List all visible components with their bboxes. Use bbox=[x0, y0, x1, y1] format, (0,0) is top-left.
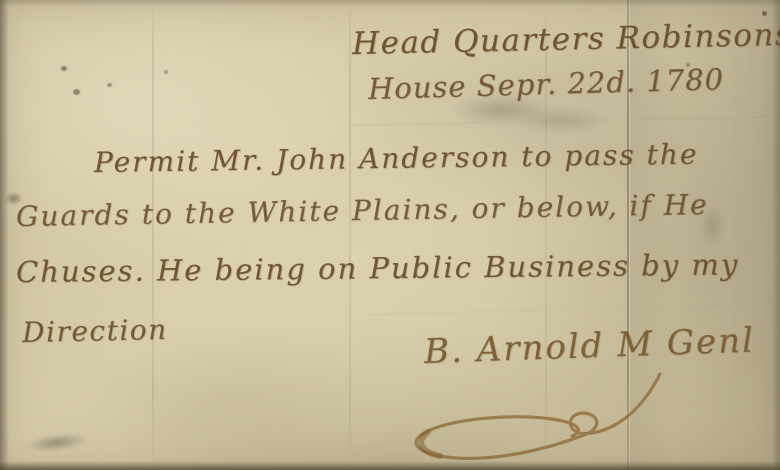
body-line-2: Guards to the White Plains, or below, if… bbox=[16, 188, 709, 233]
body-line-1: Permit Mr. John Anderson to pass the bbox=[94, 138, 699, 179]
ink-speck bbox=[61, 66, 67, 71]
ink-speck bbox=[164, 70, 168, 74]
ink-speck bbox=[73, 89, 80, 95]
fold-crease-vertical bbox=[349, 0, 351, 470]
photo-of-handwritten-pass: Head Quarters Robinsons House Sepr. 22d.… bbox=[0, 0, 780, 470]
ink-speck bbox=[107, 83, 112, 87]
aged-paper: Head Quarters Robinsons House Sepr. 22d.… bbox=[0, 0, 780, 470]
body-line-4: Direction bbox=[22, 313, 168, 349]
stain bbox=[25, 430, 89, 454]
stain bbox=[512, 106, 608, 134]
fold-crease-vertical bbox=[152, 0, 154, 470]
